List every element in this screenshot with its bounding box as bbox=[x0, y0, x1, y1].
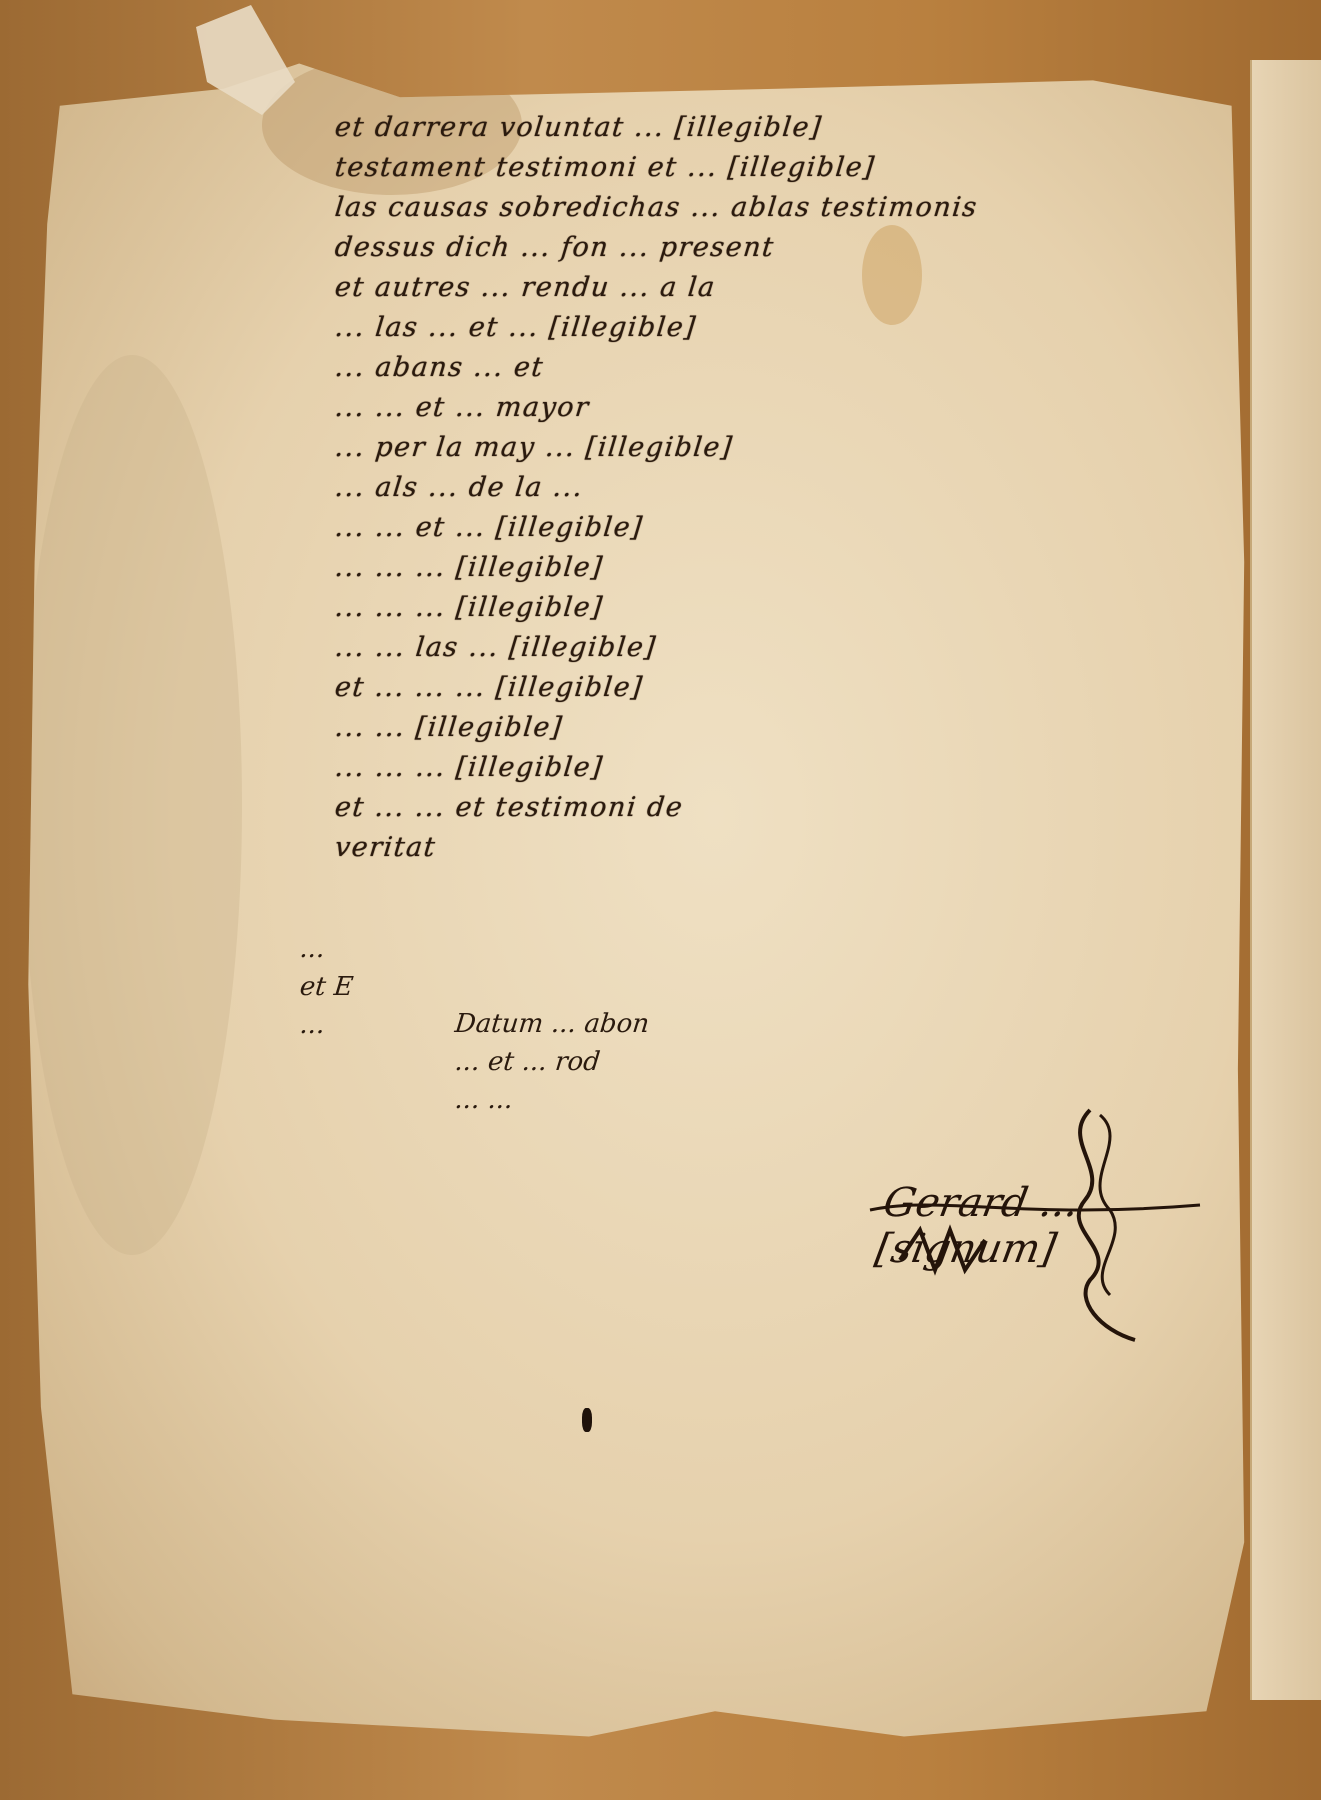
main-text-block: et darrera voluntat ... [illegible] test… bbox=[335, 108, 1265, 868]
closing-note-line: ... et ... rod bbox=[453, 1043, 957, 1081]
text-line: ... las ... et ... [illegible] bbox=[333, 308, 1267, 348]
text-line: ... ... ... [illegible] bbox=[333, 748, 1267, 788]
margin-discoloration bbox=[22, 355, 242, 1255]
text-line: et ... ... ... [illegible] bbox=[333, 668, 1267, 708]
ink-blot bbox=[582, 1408, 592, 1432]
text-line: ... ... ... [illegible] bbox=[333, 548, 1267, 588]
text-line: dessus dich ... fon ... present bbox=[333, 228, 1267, 268]
text-line: testament testimoni et ... [illegible] bbox=[333, 148, 1267, 188]
text-line: et darrera voluntat ... [illegible] bbox=[333, 108, 1267, 148]
signature-text: Gerard ... [signum] bbox=[872, 1180, 1268, 1272]
text-line: ... ... ... [illegible] bbox=[333, 588, 1267, 628]
text-line: ... per la may ... [illegible] bbox=[333, 428, 1267, 468]
text-line: las causas sobredichas ... ablas testimo… bbox=[333, 188, 1267, 228]
text-line: ... ... et ... mayor bbox=[333, 388, 1267, 428]
text-line: et autres ... rendu ... a la bbox=[333, 268, 1267, 308]
text-line: ... ... et ... [illegible] bbox=[333, 508, 1267, 548]
margin-note-line: et E bbox=[298, 968, 902, 1006]
text-line: ... als ... de la ... bbox=[333, 468, 1267, 508]
notarial-signature: Gerard ... [signum] bbox=[860, 1100, 1260, 1360]
text-line: ... ... [illegible] bbox=[333, 708, 1267, 748]
text-line: veritat bbox=[333, 828, 1267, 868]
text-line: ... ... las ... [illegible] bbox=[333, 628, 1267, 668]
margin-note-line: ... bbox=[298, 930, 902, 968]
closing-note-line: Datum ... abon bbox=[453, 1005, 957, 1043]
text-line: ... abans ... et bbox=[333, 348, 1267, 388]
text-line: et ... ... et testimoni de bbox=[333, 788, 1267, 828]
